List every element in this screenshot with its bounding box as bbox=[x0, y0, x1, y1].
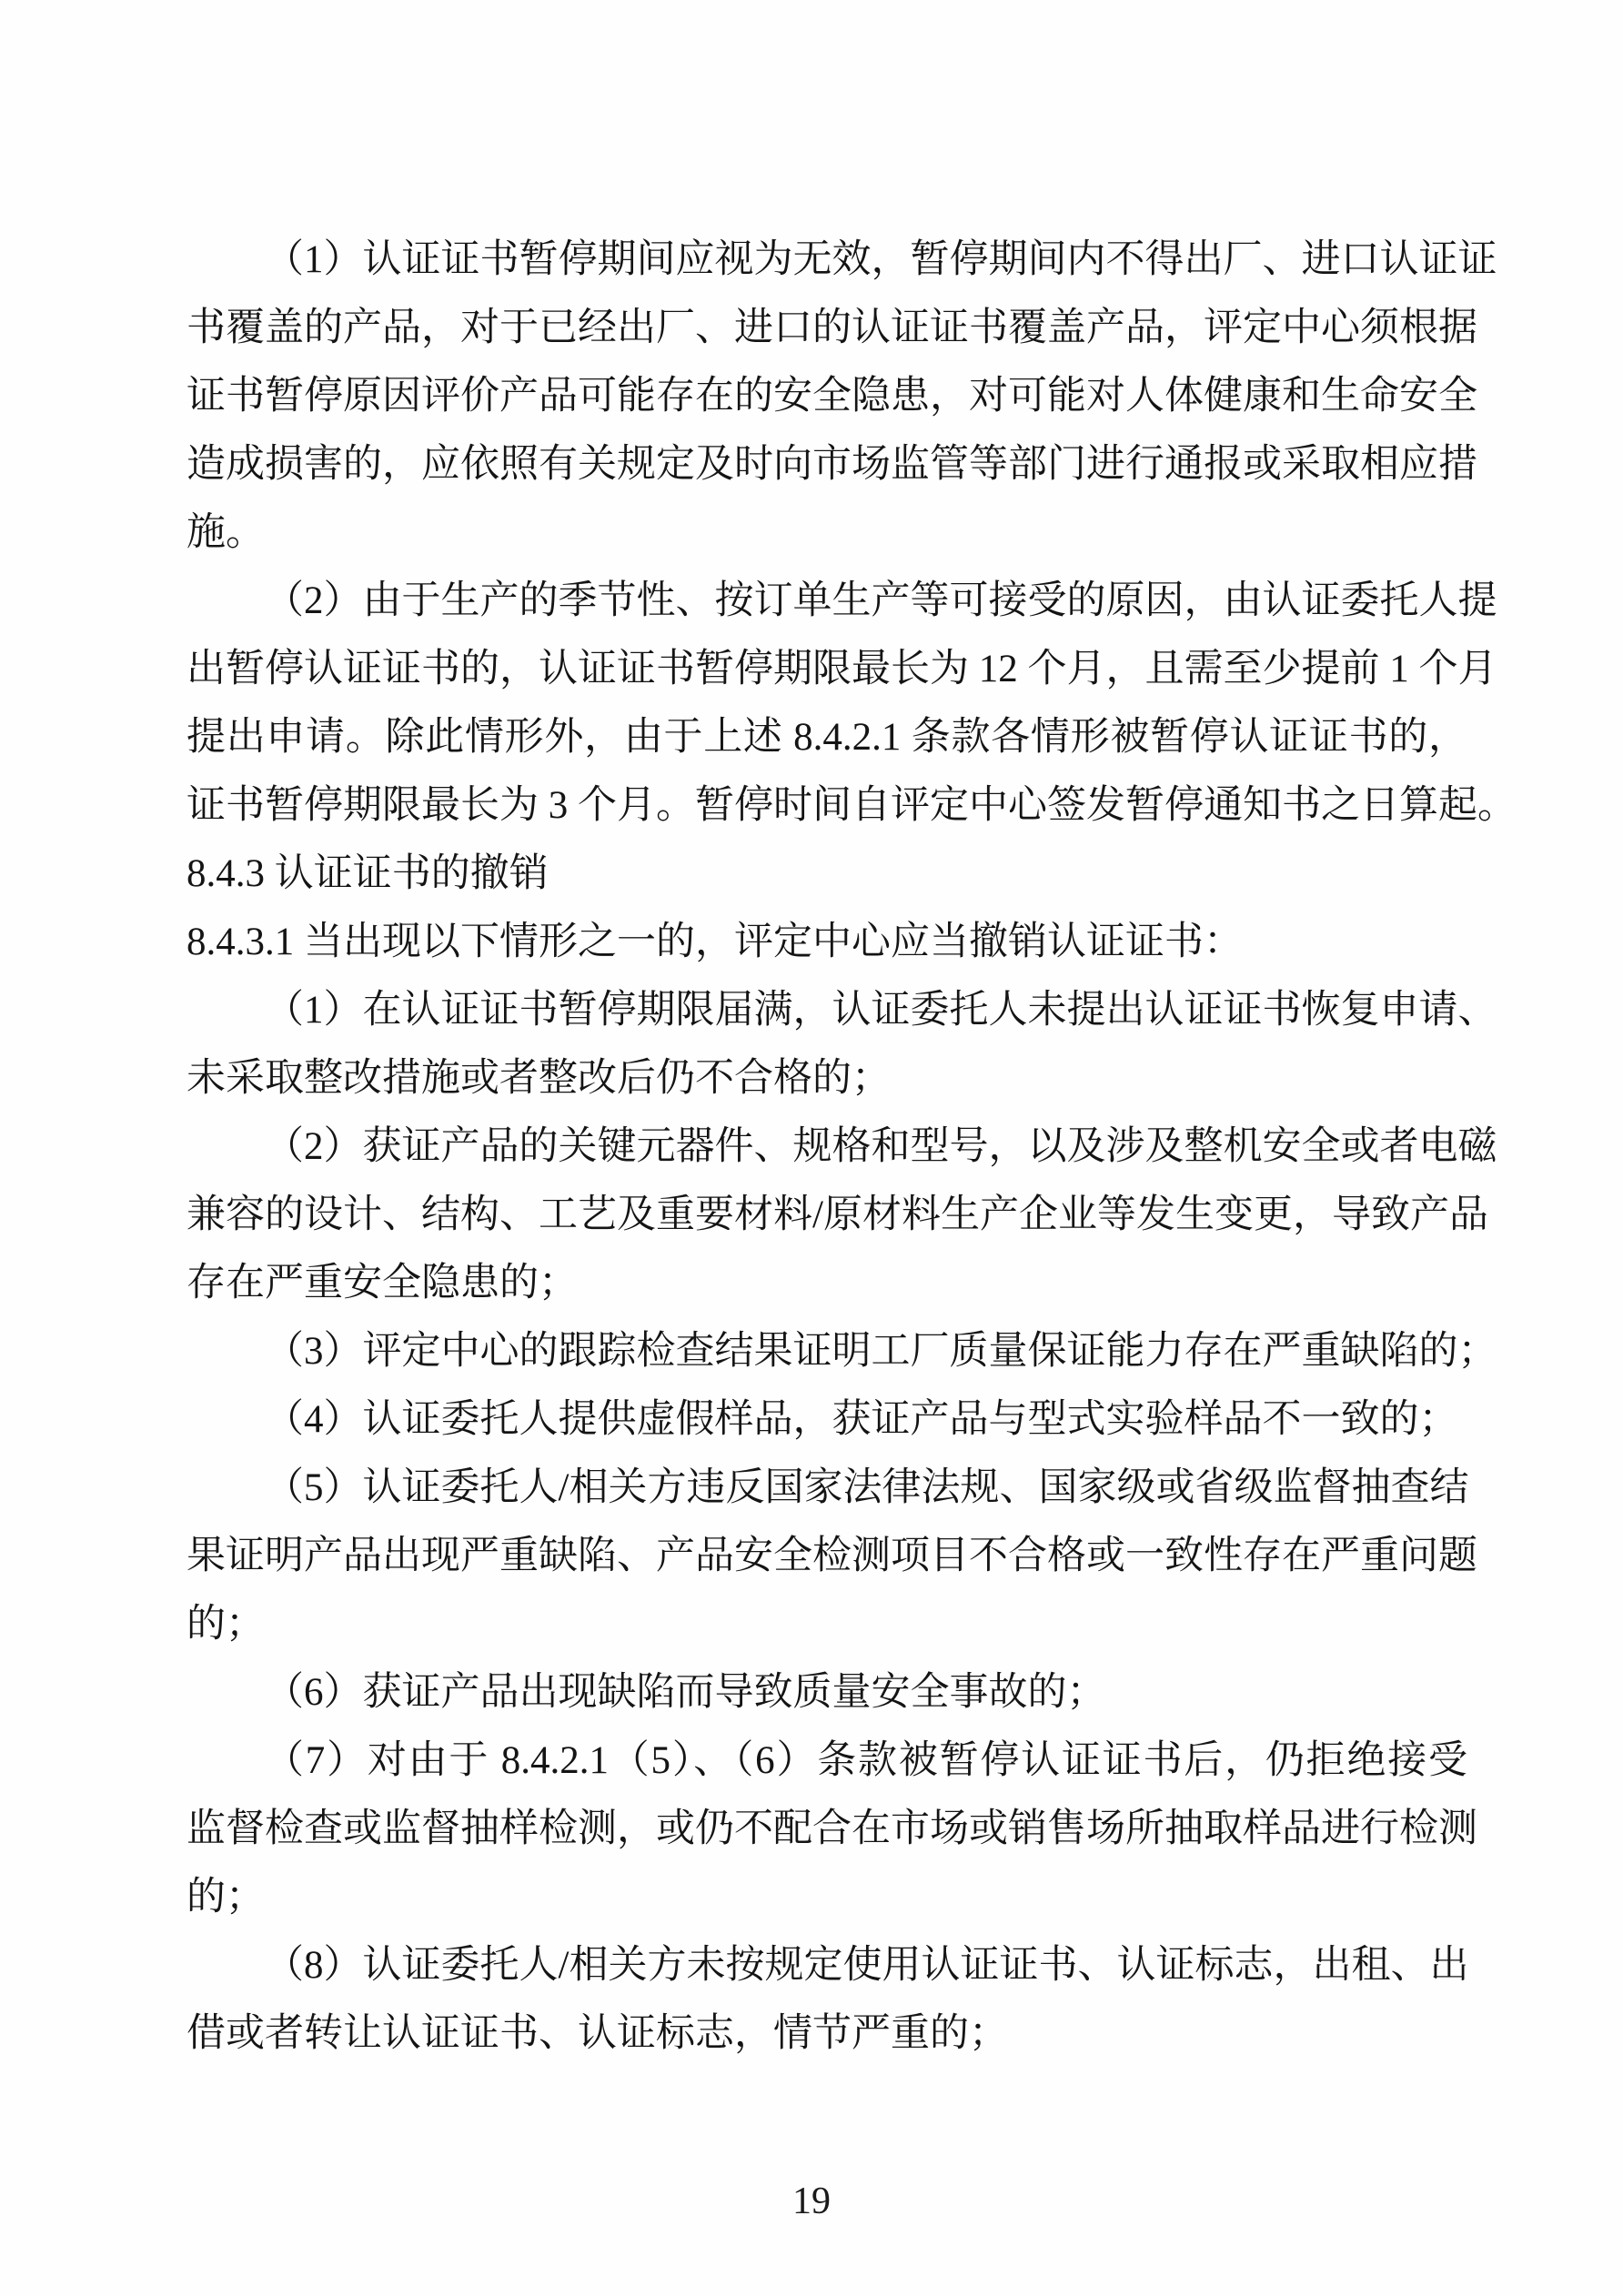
text-line: 提出申请。除此情形外，由于上述 8.4.2.1 条款各情形被暂停认证证书的， bbox=[186, 703, 1467, 771]
text-line: （2）获证产品的关键元器件、规格和型号，以及涉及整机安全或者电磁 bbox=[186, 1113, 1467, 1181]
text-line: 施。 bbox=[186, 498, 1467, 567]
text-line: （7）对由于 8.4.2.1（5）、（6）条款被暂停认证证书后，仍拒绝接受 bbox=[186, 1727, 1467, 1795]
text-line: （5）认证委托人/相关方违反国家法律法规、国家级或省级监督抽查结 bbox=[186, 1454, 1467, 1522]
text-line: 监督检查或监督抽样检测，或仍不配合在市场或销售场所抽取样品进行检测 bbox=[186, 1795, 1467, 1863]
text-line: 借或者转让认证证书、认证标志，情节严重的； bbox=[186, 1999, 1467, 2068]
text-line: 8.4.3.1 当出现以下情形之一的，评定中心应当撤销认证证书： bbox=[186, 908, 1467, 976]
text-line: （4）认证委托人提供虚假样品，获证产品与型式实验样品不一致的； bbox=[186, 1385, 1467, 1454]
text-line: 造成损害的，应依照有关规定及时向市场监管等部门进行通报或采取相应措 bbox=[186, 430, 1467, 498]
text-line: （1）在认证证书暂停期限届满，认证委托人未提出认证证书恢复申请、 bbox=[186, 976, 1467, 1044]
text-line: 书覆盖的产品，对于已经出厂、进口的认证证书覆盖产品，评定中心须根据 bbox=[186, 294, 1467, 362]
text-line: 出暂停认证证书的，认证证书暂停期限最长为 12 个月，且需至少提前 1 个月 bbox=[186, 635, 1467, 703]
document-page: （1）认证证书暂停期间应视为无效，暂停期间内不得出厂、进口认证证书覆盖的产品，对… bbox=[0, 0, 1623, 2296]
text-line: （1）认证证书暂停期间应视为无效，暂停期间内不得出厂、进口认证证 bbox=[186, 226, 1467, 294]
text-line: 未采取整改措施或者整改后仍不合格的； bbox=[186, 1044, 1467, 1113]
text-line: （6）获证产品出现缺陷而导致质量安全事故的； bbox=[186, 1658, 1467, 1727]
text-line: （2）由于生产的季节性、按订单生产等可接受的原因，由认证委托人提 bbox=[186, 567, 1467, 635]
text-line: 存在严重安全隐患的； bbox=[186, 1249, 1467, 1317]
page-number: 19 bbox=[0, 2179, 1623, 2224]
text-line: （3）评定中心的跟踪检查结果证明工厂质量保证能力存在严重缺陷的； bbox=[186, 1317, 1467, 1385]
text-line: 果证明产品出现严重缺陷、产品安全检测项目不合格或一致性存在严重问题 bbox=[186, 1522, 1467, 1590]
text-line: 8.4.3 认证证书的撤销 bbox=[186, 840, 1467, 908]
text-block: （1）认证证书暂停期间应视为无效，暂停期间内不得出厂、进口认证证书覆盖的产品，对… bbox=[186, 226, 1467, 2068]
text-line: 兼容的设计、结构、工艺及重要材料/原材料生产企业等发生变更，导致产品 bbox=[186, 1181, 1467, 1249]
text-line: （8）认证委托人/相关方未按规定使用认证证书、认证标志，出租、出 bbox=[186, 1931, 1467, 1999]
text-line: 证书暂停期限最长为 3 个月。暂停时间自评定中心签发暂停通知书之日算起。 bbox=[186, 771, 1467, 840]
text-line: 的； bbox=[186, 1863, 1467, 1931]
text-line: 的； bbox=[186, 1590, 1467, 1658]
text-line: 证书暂停原因评价产品可能存在的安全隐患，对可能对人体健康和生命安全 bbox=[186, 362, 1467, 430]
